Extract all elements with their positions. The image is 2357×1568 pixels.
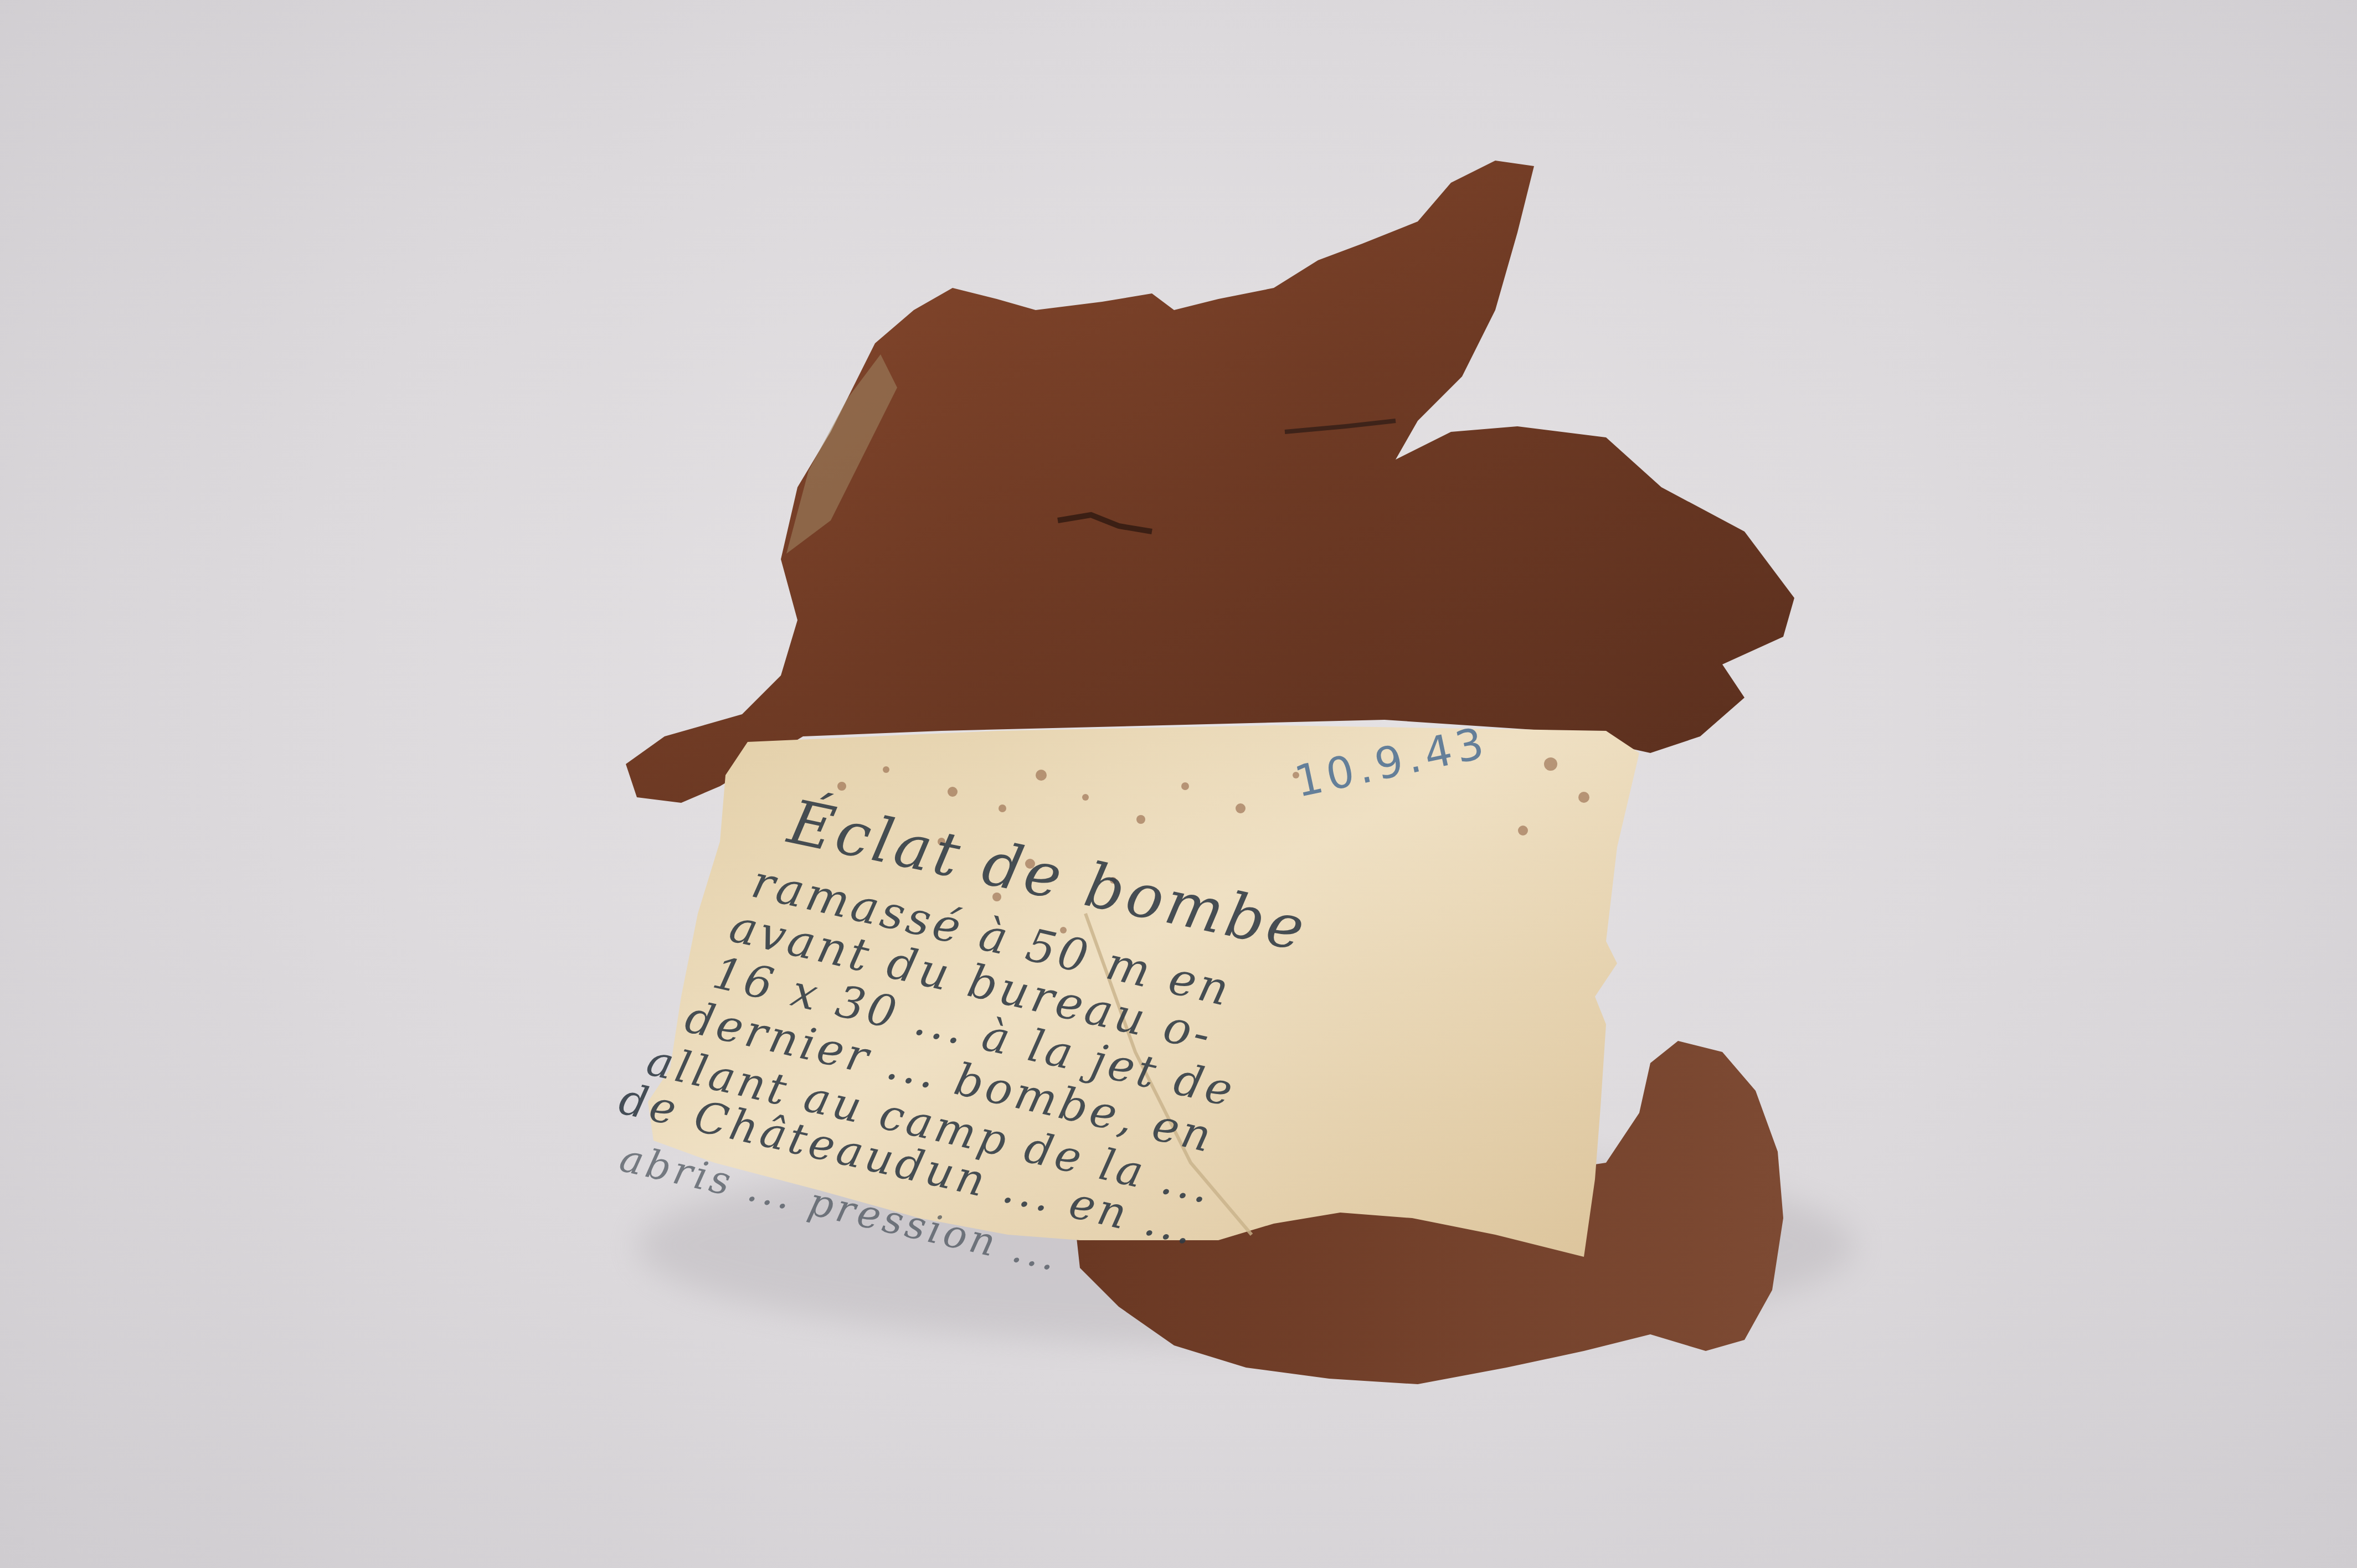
bomb-fragment bbox=[0, 0, 2357, 1568]
photograph: 10.9.43 Éclat de bombe ramassé à 50 m en… bbox=[0, 0, 2357, 1568]
upper-fragment bbox=[626, 161, 1794, 803]
paper-label bbox=[648, 725, 1639, 1257]
